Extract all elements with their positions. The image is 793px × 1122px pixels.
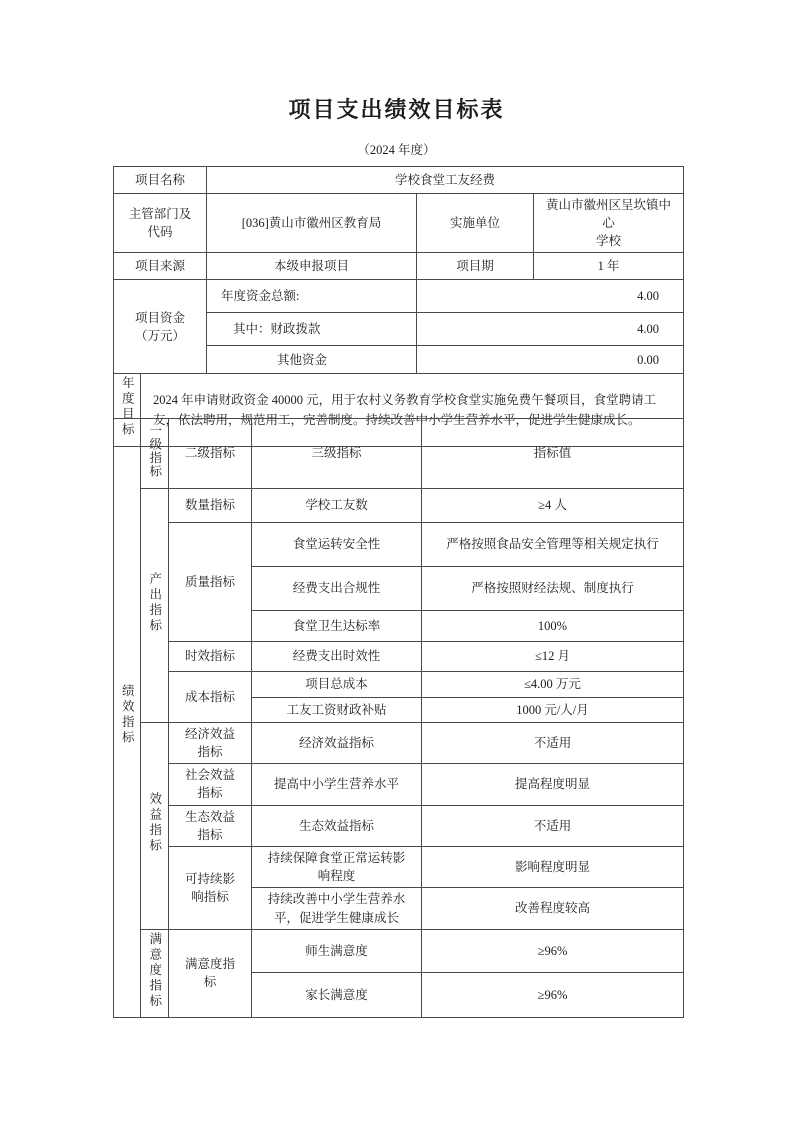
value-sustain-operation: 影响程度明显 [422,846,684,887]
level2-header: 二级指标 [169,419,252,489]
impl-unit-value: 黄山市徽州区呈坎镇中心 学校 [534,194,684,253]
value-canteen-safety: 严格按照食品安全管理等相关规定执行 [422,523,684,567]
level1-header: 一级指标 [141,419,169,489]
value-spend-compliance: 严格按照财经法规、制度执行 [422,567,684,611]
indicator-total-cost: 项目总成本 [252,672,422,698]
level2-satisfaction: 满意度指 标 [169,930,252,1018]
funding-fiscal-label: 其中：财政拨款 [207,313,417,346]
value-hygiene-rate: 100% [422,611,684,642]
indicator-spend-compliance: 经费支出合规性 [252,567,422,611]
level3-header: 三级指标 [252,419,422,489]
performance-indicators-label: 绩效指标 [114,419,141,1018]
value-header: 指标值 [422,419,684,489]
source-value: 本级申报项目 [207,253,417,280]
group-output-label: 产出指标 [141,489,169,723]
level2-social: 社会效益 指标 [169,764,252,805]
value-worker-count: ≥4 人 [422,489,684,523]
period-value: 1 年 [534,253,684,280]
value-staff-student-satisfaction: ≥96% [422,930,684,973]
indicator-staff-student-satisfaction: 师生满意度 [252,930,422,973]
value-total-cost: ≤4.00 万元 [422,672,684,698]
dept-label: 主管部门及 代码 [114,194,207,253]
indicator-sustain-operation: 持续保障食堂正常运转影 响程度 [252,846,422,887]
funding-other-label: 其他资金 [207,346,417,374]
indicators-table: 绩效指标 一级指标 二级指标 三级指标 指标值 产出指标 数量指标 学校工友数 … [113,418,684,1018]
dept-value: [036]黄山市徽州区教育局 [207,194,417,253]
level2-cost: 成本指标 [169,672,252,723]
indicator-nutrition-improve: 提高中小学生营养水平 [252,764,422,805]
document-page: 项目支出绩效目标表 （2024 年度） 项目名称 学校食堂工友经费 主管部门及 … [0,0,793,1122]
indicator-economic: 经济效益指标 [252,723,422,764]
group-satisfaction-label: 满意度指标 [141,930,169,1018]
indicator-wage-subsidy: 工友工资财政补贴 [252,698,422,723]
value-nutrition-improve: 提高程度明显 [422,764,684,805]
project-info-table: 项目名称 学校食堂工友经费 主管部门及 代码 [036]黄山市徽州区教育局 实施… [113,166,684,447]
value-wage-subsidy: 1000 元/人/月 [422,698,684,723]
page-title: 项目支出绩效目标表 [0,93,793,124]
level2-sustainability: 可持续影 响指标 [169,846,252,929]
funding-label: 项目资金 （万元） [114,280,207,374]
indicator-hygiene-rate: 食堂卫生达标率 [252,611,422,642]
period-label: 项目期 [417,253,534,280]
group-benefit-label: 效益指标 [141,723,169,930]
value-ecological: 不适用 [422,805,684,846]
impl-unit-label: 实施单位 [417,194,534,253]
level2-timeliness: 时效指标 [169,642,252,672]
indicator-worker-count: 学校工友数 [252,489,422,523]
indicator-canteen-safety: 食堂运转安全性 [252,523,422,567]
project-name-value: 学校食堂工友经费 [207,167,684,194]
source-label: 项目来源 [114,253,207,280]
indicator-spend-timeliness: 经费支出时效性 [252,642,422,672]
value-sustain-nutrition: 改善程度较高 [422,888,684,930]
level2-ecological: 生态效益 指标 [169,805,252,846]
funding-total-value: 4.00 [417,280,684,313]
level2-quantity: 数量指标 [169,489,252,523]
value-parent-satisfaction: ≥96% [422,972,684,1017]
value-economic: 不适用 [422,723,684,764]
funding-other-value: 0.00 [417,346,684,374]
funding-fiscal-value: 4.00 [417,313,684,346]
indicator-sustain-nutrition: 持续改善中小学生营养水 平，促进学生健康成长 [252,888,422,930]
indicator-parent-satisfaction: 家长满意度 [252,972,422,1017]
value-spend-timeliness: ≤12 月 [422,642,684,672]
project-name-label: 项目名称 [114,167,207,194]
funding-total-label: 年度资金总额: [207,280,417,313]
indicator-ecological: 生态效益指标 [252,805,422,846]
level2-economic: 经济效益 指标 [169,723,252,764]
level2-quality: 质量指标 [169,523,252,642]
page-subtitle: （2024 年度） [0,140,793,158]
